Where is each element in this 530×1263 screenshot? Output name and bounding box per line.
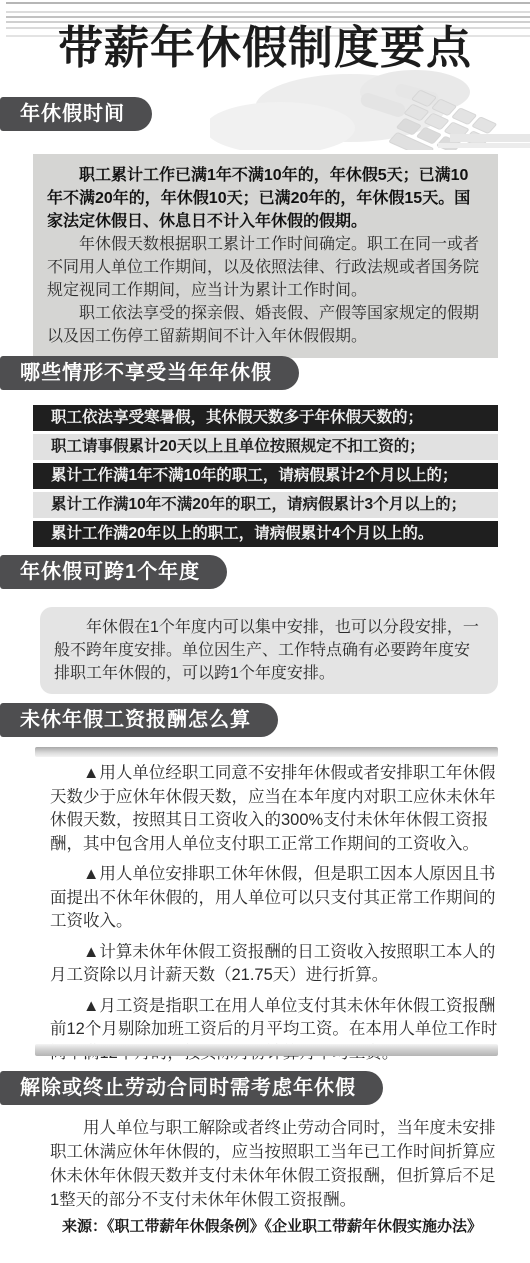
paragraph: 职工依法享受的探亲假、婚丧假、产假等国家规定的假期以及因工伤停工留薪期间不计入年… bbox=[47, 302, 483, 348]
top-rule-line bbox=[6, 16, 530, 18]
paragraph: 职工累计工作已满1年不满10年的，年休假5天；已满10年不满20年的，年休假10… bbox=[47, 164, 483, 233]
paragraph: 年休假天数根据职工累计工作时间确定。职工在同一或者不同用人单位工作期间，以及依照… bbox=[47, 233, 483, 302]
top-rule-line bbox=[6, 2, 530, 4]
top-rule-line bbox=[6, 11, 530, 13]
paragraph: 用人单位与职工解除或者终止劳动合同时，当年度未安排职工休满应休年休假的，应当按照… bbox=[50, 1116, 498, 1212]
section-heading-contract-termination: 解除或终止劳动合同时需考虑年休假 bbox=[0, 1071, 383, 1105]
bullet-paragraph: ▲用人单位安排职工休年休假，但是职工因本人原因且书面提出不休年休假的，用人单位可… bbox=[50, 863, 498, 934]
list-item: 职工请事假累计20天以上且单位按照规定不扣工资的； bbox=[33, 434, 498, 460]
section-divider bbox=[35, 747, 498, 757]
list-item: 职工依法享受寒暑假，其休假天数多于年休假天数的； bbox=[33, 405, 498, 431]
section-divider bbox=[35, 1044, 498, 1056]
source-citation: 来源：《职工带薪年休假条例》《企业职工带薪年休假实施办法》 bbox=[50, 1215, 520, 1236]
unused-leave-pay-rules: ▲用人单位经职工同意不安排年休假或者安排职工年休假天数少于应休年休假天数，应当在… bbox=[50, 762, 498, 1072]
ineligible-cases-list: 职工依法享受寒暑假，其休假天数多于年休假天数的； 职工请事假累计20天以上且单位… bbox=[33, 405, 498, 550]
page-title: 带薪年休假制度要点 bbox=[0, 20, 530, 76]
bullet-paragraph: ▲用人单位经职工同意不安排年休假或者安排职工年休假天数少于应休年休假天数，应当在… bbox=[50, 762, 498, 856]
contract-termination-panel: 用人单位与职工解除或者终止劳动合同时，当年度未安排职工休满应休年休假的，应当按照… bbox=[50, 1116, 498, 1212]
section-heading-annual-leave-duration: 年休假时间 bbox=[0, 97, 152, 131]
list-item: 累计工作满1年不满10年的职工，请病假累计2个月以上的； bbox=[33, 463, 498, 489]
list-item: 累计工作满10年不满20年的职工，请病假累计3个月以上的； bbox=[33, 492, 498, 518]
section-heading-unused-leave-pay: 未休年假工资报酬怎么算 bbox=[0, 703, 278, 737]
list-item: 累计工作满20年以上的职工，请病假累计4个月以上的。 bbox=[33, 521, 498, 547]
annual-leave-duration-panel: 职工累计工作已满1年不满10年的，年休假5天；已满10年不满20年的，年休假10… bbox=[33, 154, 498, 358]
infographic-page: 带薪年休假制度要点 年休假时间 职工累计工作已满1年不满10年的，年休假5天；已… bbox=[0, 0, 530, 1263]
bullet-paragraph: ▲计算未休年休假工资报酬的日工资收入按照职工本人的月工资除以月计薪天数（21.7… bbox=[50, 941, 498, 988]
paragraph: 年休假在1个年度内可以集中安排，也可以分段安排，一般不跨年度安排。单位因生产、工… bbox=[54, 616, 484, 685]
section-heading-ineligible-cases: 哪些情形不享受当年年休假 bbox=[0, 356, 299, 390]
section-heading-cross-year: 年休假可跨1个年度 bbox=[0, 555, 227, 589]
cross-year-panel: 年休假在1个年度内可以集中安排，也可以分段安排，一般不跨年度安排。单位因生产、工… bbox=[40, 607, 498, 694]
